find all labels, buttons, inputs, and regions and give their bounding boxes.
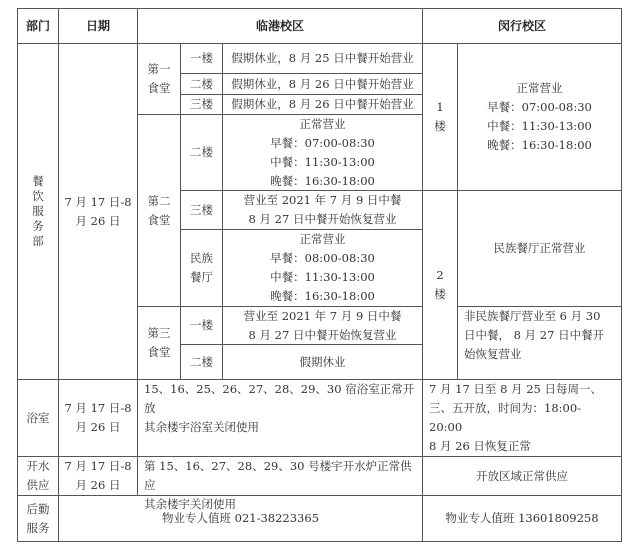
status-line: 营业至 2021 年 7 月 9 日中餐: [244, 307, 402, 326]
dept-line: 服务: [27, 519, 50, 538]
floor-status: 营业至 2021 年 7 月 9 日中餐 8 月 27 日中餐开始恢复营业: [223, 191, 422, 229]
dept-catering: 餐 饮 服 务 部: [18, 44, 58, 379]
status-line: 其余楼宇浴室关闭使用: [144, 418, 259, 437]
status-line: 始恢复营业: [464, 345, 522, 364]
canteen-label: 第三: [148, 324, 171, 343]
status-line: 三、五开放，时间为：18:00-: [429, 399, 581, 418]
dept-char: 部: [32, 234, 44, 249]
floor-label-line: 2: [436, 266, 443, 285]
floor-label: 二楼: [181, 74, 222, 94]
hours-line: 晚餐：16:30-18:00: [487, 136, 592, 155]
dept-water: 开水 供应: [18, 457, 58, 495]
hours-line: 正常营业: [300, 230, 346, 249]
header-date: 日期: [59, 9, 137, 43]
logistics-lingang: 物业专人值班 021-38223365: [59, 496, 422, 541]
dept-bathroom: 浴室: [18, 380, 58, 456]
hours-line: 早餐：08:00-08:30: [270, 249, 375, 268]
water-date: 7 月 17 日-8 月 26 日: [59, 457, 137, 495]
header-dept: 部门: [18, 9, 58, 43]
floor-label-line: 餐厅: [190, 268, 213, 287]
hours-line: 中餐：11:30-13:00: [487, 117, 592, 136]
status-line: 15、16、25、26、27、28、29、30 宿浴室正常开放: [144, 380, 422, 418]
table-border: [17, 541, 622, 542]
floor-label: 二楼: [181, 345, 222, 379]
floor-label: 三楼: [181, 191, 222, 229]
status-line: 日中餐， 8 月 27 日中餐开: [464, 326, 604, 345]
hours-line: 早餐：07:00-08:30: [487, 98, 592, 117]
canteen-label: 食堂: [148, 343, 171, 362]
hours-line: 晚餐：16:30-18:00: [270, 287, 375, 306]
dept-char: 餐: [32, 174, 44, 189]
floor-label-line: 楼: [434, 285, 446, 304]
hours-line: 中餐：11:30-13:00: [270, 268, 375, 287]
water-lingang: 第 15、16、27、28、29、30 号楼宇开水炉正常供应 其余楼宇关闭使用: [138, 457, 422, 495]
date-line: 7 月 17 日-8: [64, 193, 131, 212]
canteen-label: 食堂: [148, 211, 171, 230]
status-line: 8 月 26 日恢复正常: [429, 437, 531, 456]
date-line: 月 26 日: [76, 476, 121, 495]
dept-char: 务: [32, 219, 44, 234]
floor-label: 三楼: [181, 95, 222, 114]
status-line: 20:00: [429, 418, 462, 437]
water-minhang: 开放区域正常供应: [423, 457, 621, 495]
dept-char: 服: [32, 204, 44, 219]
date-line: 7 月 17 日-8: [64, 399, 131, 418]
floor-label: 一楼: [181, 307, 222, 344]
date-line: 月 26 日: [76, 418, 121, 437]
dept-line: 供应: [27, 476, 50, 495]
status-line: 第 15、16、27、28、29、30 号楼宇开水炉正常供应: [144, 457, 422, 495]
floor-status: 假期休业，8 月 25 日中餐开始营业: [223, 44, 422, 73]
bathroom-lingang: 15、16、25、26、27、28、29、30 宿浴室正常开放 其余楼宇浴室关闭…: [138, 380, 422, 456]
status-line: 8 月 27 日中餐开始恢复营业: [249, 326, 397, 345]
status-line: 非民族餐厅营业至 6 月 30: [464, 307, 600, 326]
dept-line: 开水: [27, 457, 50, 476]
canteen2-name: 第二 食堂: [138, 115, 180, 306]
minhang-non-ethnic-status: 非民族餐厅营业至 6 月 30 日中餐， 8 月 27 日中餐开 始恢复营业: [458, 307, 621, 379]
bathroom-minhang: 7 月 17 日至 8 月 25 日每周一、 三、五开放，时间为：18:00- …: [423, 380, 621, 456]
date-line: 月 26 日: [76, 212, 121, 231]
floor-hours: 正常营业 早餐：07:00-08:30 中餐：11:30-13:00 晚餐：16…: [223, 115, 422, 190]
hours-line: 中餐：11:30-13:00: [270, 153, 375, 172]
floor-label: 一楼: [181, 44, 222, 73]
floor-status: 假期休业: [223, 345, 422, 379]
header-minhang: 闵行校区: [423, 9, 621, 43]
minhang-floor1-label: 1 楼: [423, 44, 457, 190]
floor-hours: 正常营业 早餐：08:00-08:30 中餐：11:30-13:00 晚餐：16…: [223, 230, 422, 306]
minhang-ethnic-status: 民族餐厅正常营业: [458, 191, 621, 306]
canteen1-name: 第一 食堂: [138, 44, 180, 114]
hours-line: 正常营业: [517, 79, 563, 98]
logistics-minhang: 物业专人值班 13601809258: [423, 496, 621, 541]
dept-logistics: 后勤 服务: [18, 496, 58, 541]
dept-char: 饮: [32, 189, 44, 204]
floor-label-line: 民族: [190, 249, 213, 268]
floor-label-line: 1: [436, 98, 443, 117]
canteen-label: 第二: [148, 192, 171, 211]
floor-label: 二楼: [181, 115, 222, 190]
floor-label: 民族 餐厅: [181, 230, 222, 306]
canteen-label: 第一: [148, 60, 171, 79]
floor-label-line: 楼: [434, 117, 446, 136]
status-line: 营业至 2021 年 7 月 9 日中餐: [244, 191, 402, 210]
catering-date: 7 月 17 日-8 月 26 日: [59, 44, 137, 379]
status-line: 7 月 17 日至 8 月 25 日每周一、: [429, 380, 602, 399]
floor-status: 营业至 2021 年 7 月 9 日中餐 8 月 27 日中餐开始恢复营业: [223, 307, 422, 344]
dept-line: 后勤: [27, 500, 50, 519]
canteen-label: 食堂: [148, 79, 171, 98]
date-line: 7 月 17 日-8: [64, 457, 131, 476]
canteen3-name: 第三 食堂: [138, 307, 180, 379]
hours-line: 晚餐：16:30-18:00: [270, 172, 375, 191]
floor-status: 假期休业，8 月 26 日中餐开始营业: [223, 74, 422, 94]
hours-line: 早餐：07:00-08:30: [270, 134, 375, 153]
status-line: 8 月 27 日中餐开始恢复营业: [249, 210, 397, 229]
bathroom-date: 7 月 17 日-8 月 26 日: [59, 380, 137, 456]
table-border: [621, 8, 622, 542]
minhang-floor1-hours: 正常营业 早餐：07:00-08:30 中餐：11:30-13:00 晚餐：16…: [458, 44, 621, 190]
minhang-floor2-label: 2 楼: [423, 191, 457, 379]
hours-line: 正常营业: [300, 115, 346, 134]
floor-status: 假期休业，8 月 26 日中餐开始营业: [223, 95, 422, 114]
header-lingang: 临港校区: [138, 9, 422, 43]
